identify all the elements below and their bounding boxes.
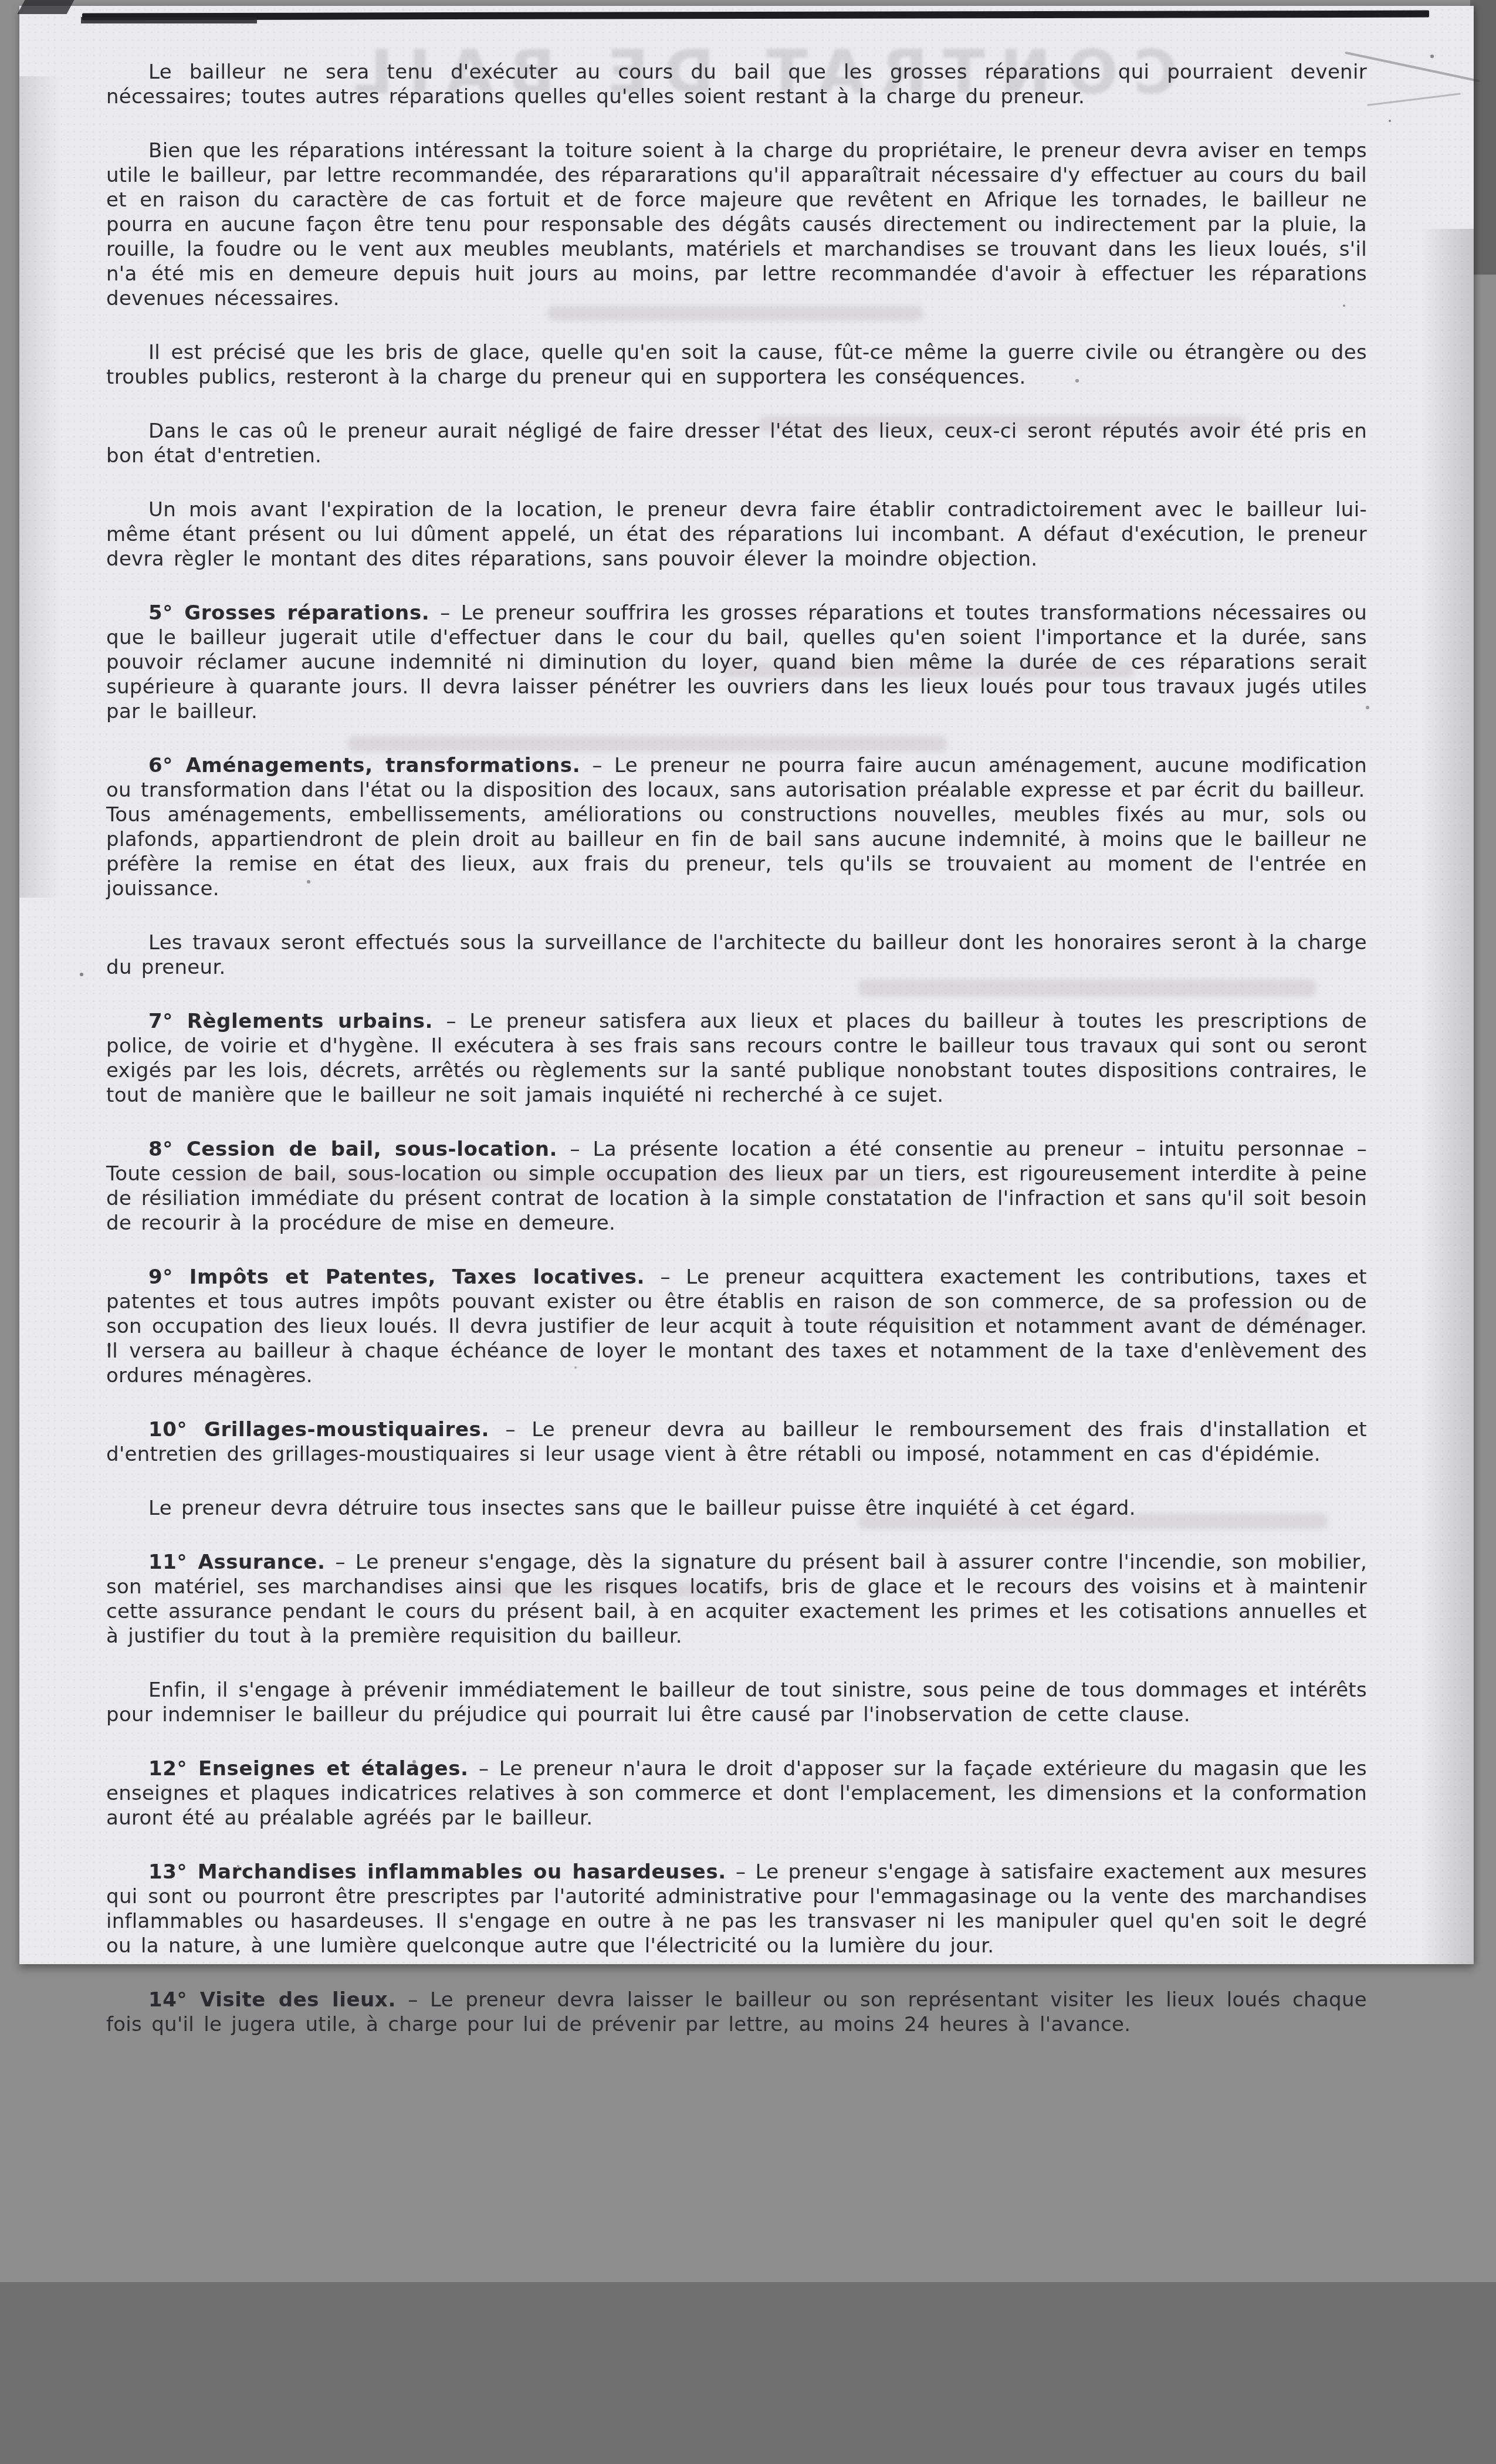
clause-heading: 5° Grosses réparations.	[148, 601, 429, 625]
scan-top-edge-blob	[81, 17, 257, 23]
contract-text-column: Le bailleur ne sera tenu d'exécuter au c…	[19, 6, 1474, 1964]
clause-heading: 12° Enseignes et étalages.	[148, 1757, 469, 1781]
paragraph: 7° Règlements urbains. – Le preneur sati…	[106, 1009, 1367, 1108]
paragraph: Les travaux seront effectués sous la sur…	[106, 930, 1367, 980]
paragraph-text: Enfin, il s'engage à prévenir immédiatem…	[106, 1678, 1367, 1727]
paragraph: 6° Aménagements, transformations. – Le p…	[106, 753, 1367, 803]
paragraph: Bien que les réparations intéressant la …	[106, 138, 1367, 311]
scanner-bed-band	[0, 2282, 1496, 2464]
paragraph: 12° Enseignes et étalages. – Le preneur …	[106, 1756, 1367, 1830]
paragraph: Dans le cas oû le preneur aurait négligé…	[106, 419, 1367, 468]
clause-heading: 10° Grillages-moustiquaires.	[148, 1418, 489, 1441]
clause-heading: 9° Impôts et Patentes, Taxes locatives.	[148, 1265, 645, 1289]
page-background: CONTRAT DE BAIL Le bailleur ne sera tenu…	[0, 0, 1496, 2464]
clause-heading: 6° Aménagements, transformations.	[148, 754, 580, 777]
paragraph-text: Tous aménagements, embellissements, amél…	[106, 803, 1367, 901]
paragraph-text: Le bailleur ne sera tenu d'exécuter au c…	[106, 60, 1367, 109]
paragraph-text: Il est précisé que les bris de glace, qu…	[106, 341, 1367, 389]
paragraph: Il est précisé que les bris de glace, qu…	[106, 340, 1367, 390]
paragraph: Un mois avant l'expiration de la locatio…	[106, 497, 1367, 571]
scan-corner-wedge	[18, 0, 75, 14]
clause-heading: 14° Visite des lieux.	[148, 1988, 396, 2012]
clause-heading: 8° Cession de bail, sous-location.	[148, 1138, 557, 1161]
paragraph: 13° Marchandises inflammables ou hasarde…	[106, 1860, 1367, 1958]
paragraph: Le bailleur ne sera tenu d'exécuter au c…	[106, 60, 1367, 109]
paragraph-text: Un mois avant l'expiration de la locatio…	[106, 498, 1367, 571]
paragraph: Tous aménagements, embellissements, amél…	[106, 803, 1367, 901]
paragraph: 14° Visite des lieux. – Le preneur devra…	[106, 1988, 1367, 2037]
paragraph-text: Bien que les réparations intéressant la …	[106, 139, 1367, 310]
scan-right-edge	[1470, 0, 1496, 275]
paragraph-text: Dans le cas oû le preneur aurait négligé…	[106, 419, 1367, 468]
clause-heading: 13° Marchandises inflammables ou hasarde…	[148, 1860, 726, 1884]
clause-heading: 7° Règlements urbains.	[148, 1010, 433, 1033]
paragraph: 10° Grillages-moustiquaires. – Le preneu…	[106, 1417, 1367, 1467]
paragraph: 8° Cession de bail, sous-location. – La …	[106, 1137, 1367, 1236]
paragraph-text: Le preneur devra détruire tous insectes …	[148, 1497, 1136, 1520]
paragraph: Le preneur devra détruire tous insectes …	[106, 1496, 1367, 1521]
document-sheet: CONTRAT DE BAIL Le bailleur ne sera tenu…	[19, 6, 1474, 1964]
paragraph: 11° Assurance. – Le preneur s'engage, dè…	[106, 1550, 1367, 1649]
clause-heading: 11° Assurance.	[148, 1551, 326, 1574]
paragraph: Enfin, il s'engage à prévenir immédiatem…	[106, 1678, 1367, 1727]
paragraph: 5° Grosses réparations. – Le preneur sou…	[106, 601, 1367, 724]
paragraph: 9° Impôts et Patentes, Taxes locatives. …	[106, 1265, 1367, 1388]
paragraph-text: Les travaux seront effectués sous la sur…	[106, 931, 1367, 979]
toner-specks	[0, 0, 1, 1]
